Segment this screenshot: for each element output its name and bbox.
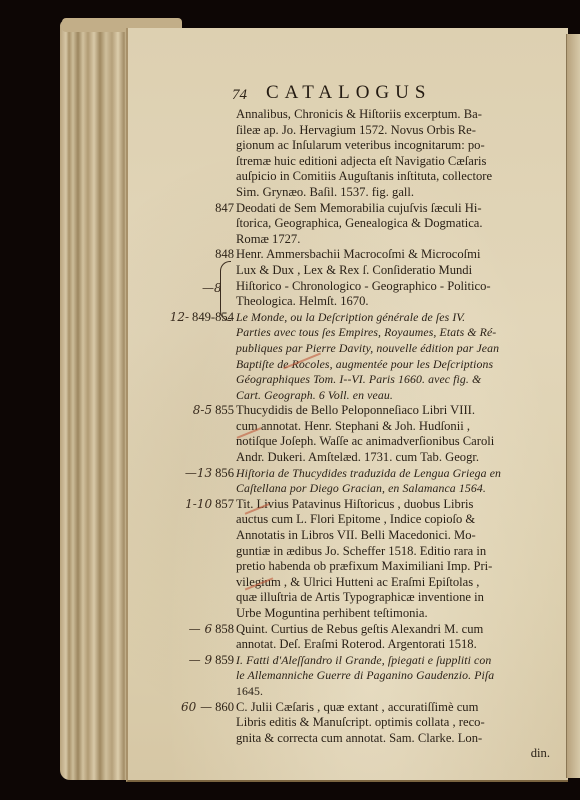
lot-number: 847 — [215, 201, 234, 215]
text-line: Géographiques Tom. I--VI. Paris 1660. av… — [236, 372, 554, 388]
text-line: Libris editis & Manuſcript. optimis coll… — [236, 715, 554, 731]
lot-number: 858 — [215, 622, 234, 636]
handwritten-price: 8-5 — [193, 403, 212, 417]
handwritten-price: — 6 — [189, 622, 212, 636]
text-line: Urbe Moguntina perhibent teſtimonia. — [236, 606, 554, 622]
text-line: Lux & Dux , Lex & Rex ſ. Conſideratio Mu… — [236, 263, 554, 279]
handwritten-price: —13 — [185, 466, 212, 480]
text-line: gionum ac Inſularum veteribus incognitar… — [236, 138, 554, 154]
text-line: notiſque Joſeph. Waſſe ac animadverſioni… — [236, 434, 554, 450]
text-line: Cart. Geograph. 6 Voll. en veau. — [236, 388, 554, 404]
catalogue-entry: 12-849-854 Le Monde, ou la Deſcription g… — [200, 310, 556, 404]
handwritten-group-price: —8 — [202, 281, 222, 295]
lot-number: 855 — [215, 403, 234, 417]
text-line: auſpicio in Comitiis Auguſtanis inſtitut… — [236, 169, 554, 185]
text-line: Tit. Livius Patavinus Hiſtoricus , duobu… — [236, 497, 554, 513]
lot-number: 859 — [215, 653, 234, 667]
handwritten-price: 60 — — [181, 700, 212, 714]
lot-number-cell: 60 —860 — [140, 700, 234, 716]
lot-number-cell: — 9859 — [140, 653, 234, 669]
text-line: ſtremæ huic editioni adjecta eſt Navigat… — [236, 154, 554, 170]
text-line: Hiſtorico - Chronologico - Geographico -… — [236, 279, 554, 295]
text-line: Le Monde, ou la Deſcription générale de … — [236, 310, 554, 326]
lot-number-cell: 847 — [140, 201, 234, 217]
lot-number-cell: — 6858 — [140, 622, 234, 638]
handwritten-price: 1-10 — [185, 497, 212, 511]
text-line: auctus cum L. Flori Epitome , Indice cop… — [236, 512, 554, 528]
catalogue-entry: 60 —860 C. Julii Cæſaris , quæ extant , … — [200, 700, 556, 762]
lot-number: 857 — [215, 497, 234, 511]
catalogue-entry: 848 Henr. Ammersbachii Macrocoſmi & Micr… — [200, 247, 556, 309]
running-title: CATALOGUS — [266, 82, 431, 104]
catalogue-entry: 847 Deodati de Sem Memorabilia cujuſvis … — [200, 201, 556, 248]
text-line: le Allemanniche Guerre di Paganino Gaude… — [236, 668, 554, 684]
catalogue-entry: — 9859 I. Fatti d'Aleſſandro il Grande, … — [200, 653, 556, 700]
text-line: publiques par Pierre Davity, nouvelle éd… — [236, 341, 554, 357]
text-line: C. Julii Cæſaris , quæ extant , accurati… — [236, 700, 554, 716]
page-content: 74 CATALOGUS Annalibus, Chronicis & Hiſt… — [200, 82, 556, 762]
text-line: Annalibus, Chronicis & Hiſtoriis excerpt… — [236, 107, 554, 123]
adjacent-page-edge — [566, 34, 580, 778]
page-number: 74 — [232, 87, 247, 104]
catalogue-entry: —13856 Hiſtoria de Thucydides traduzida … — [200, 466, 556, 497]
text-line: annotat. Deſ. Eraſmi Roterod. Argentorat… — [236, 637, 554, 653]
page-edges — [60, 20, 126, 780]
text-line: cum annotat. Henr. Stephani & Joh. Hudſo… — [236, 419, 554, 435]
lot-number: 856 — [215, 466, 234, 480]
text-line: 1645. — [236, 684, 554, 700]
text-line: guntiæ in ædibus Jo. Scheffer 1518. Edit… — [236, 544, 554, 560]
text-line: Sim. Grynæo. Baſil. 1537. fig. gall. — [236, 185, 554, 201]
text-line: Thucydidis de Bello Peloponneſiaco Libri… — [236, 403, 554, 419]
catalogue-entry: — 6858 Quint. Curtius de Rebus geſtis Al… — [200, 622, 556, 653]
text-line: gnita & correcta cum annotat. Sam. Clark… — [236, 731, 554, 747]
catchword: din. — [236, 746, 554, 762]
text-line: I. Fatti d'Aleſſandro il Grande, ſpiegat… — [236, 653, 554, 669]
lot-number-cell: 1-10857 — [140, 497, 234, 513]
handwritten-price: — 9 — [189, 653, 212, 667]
text-line: quæ illuſtria de Artis Typographicæ inve… — [236, 590, 554, 606]
lot-number-cell: 8-5855 — [140, 403, 234, 419]
text-line: Henr. Ammersbachii Macrocoſmi & Microcoſ… — [236, 247, 554, 263]
catalogue-entry: 1-10857 Tit. Livius Patavinus Hiſtoricus… — [200, 497, 556, 622]
text-line: pretio habenda ob præfixum Maximiliani I… — [236, 559, 554, 575]
text-line: Quint. Curtius de Rebus geſtis Alexandri… — [236, 622, 554, 638]
text-line: ſtorica, Geographica, Genealogica & Dogm… — [236, 216, 554, 232]
handwritten-price: 12- — [170, 310, 189, 324]
lot-number: 860 — [215, 700, 234, 714]
text-line: Theologica. Helmſt. 1670. — [236, 294, 554, 310]
text-line: Deodati de Sem Memorabilia cujuſvis ſæcu… — [236, 201, 554, 217]
lot-number-cell: 12-849-854 — [124, 310, 234, 326]
catalogue-entry: 8-5855 Thucydidis de Bello Peloponneſiac… — [200, 403, 556, 465]
text-line: Annotatis in Libros VII. Belli Macedonic… — [236, 528, 554, 544]
text-line: vilegium , & Ulrici Hutteni ac Eraſmi Ep… — [236, 575, 554, 591]
page-header: 74 CATALOGUS — [200, 82, 556, 104]
text-line: Caſtellana por Diego Gracian, en Salaman… — [236, 481, 554, 497]
text-line: Andr. Dukeri. Amſtelæd. 1731. cum Tab. G… — [236, 450, 554, 466]
lot-number-cell: —13856 — [140, 466, 234, 482]
text-line: Romæ 1727. — [236, 232, 554, 248]
continued-entry: Annalibus, Chronicis & Hiſtoriis excerpt… — [200, 107, 556, 201]
text-line: ſileæ ap. Jo. Hervagium 1572. Novus Orbi… — [236, 123, 554, 139]
lot-number: 848 — [215, 247, 234, 261]
text-line: Hiſtoria de Thucydides traduzida de Leng… — [236, 466, 554, 482]
text-line: Baptiſte de Rocoles, augmentée pour les … — [236, 357, 554, 373]
lot-number-cell: 848 — [140, 247, 234, 263]
text-line: Parties avec tous ſes Empires, Royaumes,… — [236, 325, 554, 341]
